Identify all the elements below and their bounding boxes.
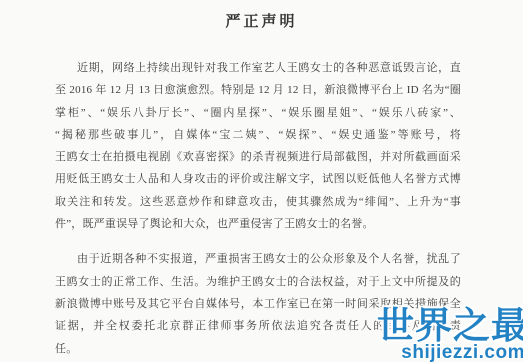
- text-line: 近期，网络上持续出现针对我工作室艺人王鸥女士的各种恶意诋毁言论，直: [55, 57, 461, 79]
- text-line: 掌柜”、“娱乐八卦厅长”、“圈内星探”、“娱乐圈星姐”、“娱乐八砖家”、: [55, 102, 461, 124]
- text-line: “揭秘那些破事儿”，自媒体“宝二姨”、“娱探”、“娱史通鉴”等账号，将: [55, 124, 461, 146]
- text-line: 王鸥女士的正常工作、生活。为维护王鸥女士的合法权益，对于上文中所提及的: [55, 271, 461, 293]
- statement-title: 严正声明: [0, 0, 523, 32]
- paragraph: 近期，网络上持续出现针对我工作室艺人王鸥女士的各种恶意诋毁言论，直至 2016 …: [55, 57, 461, 235]
- text-line: 至 2016 年 12 月 13 日愈演愈烈。特别是 12 月 12 日，新浪微…: [55, 79, 461, 101]
- text-line: 用贬低王鸥女士人品和人身攻击的评价或注解文字，试图以贬低他人名誉方式博: [55, 168, 461, 190]
- text-line: 证据，并全权委托北京群正律师事务所依法追究各责任人的民事及刑事责: [55, 315, 461, 337]
- text-line: 新浪微博中账号及其它平台自媒体号，本工作室已在第一时间采取相关措施保全: [55, 293, 461, 315]
- text-line: 件”，既严重误导了舆论和大众，也严重侵害了王鸥女士的名誉。: [55, 213, 461, 235]
- text-line: 由于近期各种不实报道，严重损害王鸥女士的公众形象及个人名誉，扰乱了: [55, 248, 461, 270]
- statement-body: 近期，网络上持续出现针对我工作室艺人王鸥女士的各种恶意诋毁言论，直至 2016 …: [55, 57, 461, 360]
- text-line: 王鸥女士在拍摄电视剧《欢喜密探》的杀青视频进行局部截图，并对所截画面采: [55, 146, 461, 168]
- text-line: 取关注和转发。这些恶意炒作和肆意攻击，使其骤然成为“绯闻”、上升为“事: [55, 191, 461, 213]
- text-line: 任。: [55, 338, 461, 360]
- document-page: 严正声明 近期，网络上持续出现针对我工作室艺人王鸥女士的各种恶意诋毁言论，直至 …: [0, 0, 523, 362]
- paragraph: 由于近期各种不实报道，严重损害王鸥女士的公众形象及个人名誉，扰乱了王鸥女士的正常…: [55, 248, 461, 359]
